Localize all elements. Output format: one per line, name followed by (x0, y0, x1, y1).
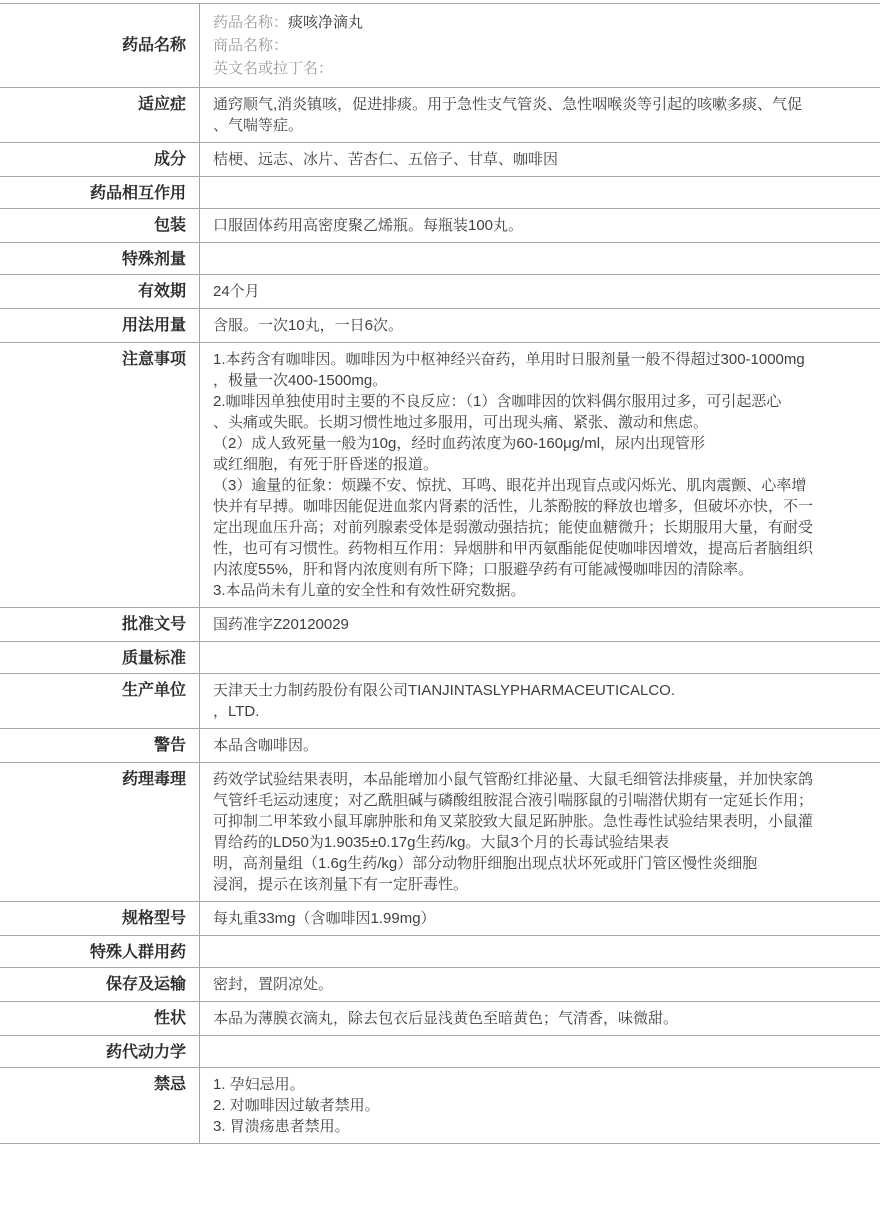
table-row-pharmacokinetics: 药代动力学 (0, 1036, 880, 1068)
table-row-indications: 适应症 通窍顺气,消炎镇咳，促进排痰。用于急性支气管炎、急性咽喉炎等引起的咳嗽多… (0, 88, 880, 143)
row-label: 质量标准 (0, 642, 200, 673)
table-row-pharmacology-toxicology: 药理毒理 药效学试验结果表明，本品能增加小鼠气管酚红排泌量、大鼠毛细管法排痰量，… (0, 763, 880, 902)
table-row-description: 性状 本品为薄膜衣滴丸，除去包衣后显浅黄色至暗黄色；气清香，味微甜。 (0, 1002, 880, 1036)
table-row-shelf-life: 有效期 24个月 (0, 275, 880, 309)
table-row-storage-transport: 保存及运输 密封，置阴凉处。 (0, 968, 880, 1002)
row-label: 药理毒理 (0, 763, 200, 901)
row-label: 适应症 (0, 88, 200, 142)
row-label: 药品名称 (0, 4, 200, 87)
table-row-quality-standard: 质量标准 (0, 642, 880, 674)
row-label: 警告 (0, 729, 200, 762)
table-row-packaging: 包装 口服固体药用高密度聚乙烯瓶。每瓶装100丸。 (0, 209, 880, 243)
row-content: 药效学试验结果表明，本品能增加小鼠气管酚红排泌量、大鼠毛细管法排痰量，并加快家鸽… (200, 763, 880, 901)
row-label: 特殊剂量 (0, 243, 200, 274)
table-row-precautions: 注意事项 1.本药含有咖啡因。咖啡因为中枢神经兴奋药，单用时日服剂量一般不得超过… (0, 343, 880, 608)
row-label: 成分 (0, 143, 200, 176)
row-content (200, 177, 880, 208)
row-content: 通窍顺气,消炎镇咳，促进排痰。用于急性支气管炎、急性咽喉炎等引起的咳嗽多痰、气促… (200, 88, 880, 142)
drug-generic-name-value: 痰咳净滴丸 (288, 14, 363, 31)
row-label: 特殊人群用药 (0, 936, 200, 967)
row-label: 药代动力学 (0, 1036, 200, 1067)
row-content (200, 243, 880, 274)
table-row-ingredients: 成分 桔梗、远志、冰片、苦杏仁、五倍子、甘草、咖啡因 (0, 143, 880, 177)
row-content (200, 936, 880, 967)
row-content: 本品含咖啡因。 (200, 729, 880, 762)
row-label: 禁忌 (0, 1068, 200, 1143)
row-content: 国药准字Z20120029 (200, 608, 880, 641)
row-content: 天津天士力制药股份有限公司TIANJINTASLYPHARMACEUTICALC… (200, 674, 880, 728)
row-content: 1. 孕妇忌用。 2. 对咖啡因过敏者禁用。 3. 胃溃疡患者禁用。 (200, 1068, 880, 1143)
table-row-specification: 规格型号 每丸重33mg（含咖啡因1.99mg） (0, 902, 880, 936)
drug-english-name-label: 英文名或拉丁名： (213, 57, 866, 80)
table-row-warning: 警告 本品含咖啡因。 (0, 729, 880, 763)
row-content: 24个月 (200, 275, 880, 308)
row-content: 含服。一次10丸，一日6次。 (200, 309, 880, 342)
row-content (200, 1036, 880, 1067)
row-label: 包装 (0, 209, 200, 242)
row-content: 桔梗、远志、冰片、苦杏仁、五倍子、甘草、咖啡因 (200, 143, 880, 176)
row-content: 药品名称：痰咳净滴丸 商品名称： 英文名或拉丁名： (200, 4, 880, 87)
row-label: 规格型号 (0, 902, 200, 935)
table-row-special-dosage: 特殊剂量 (0, 243, 880, 275)
drug-info-page: 药品名称 药品名称：痰咳净滴丸 商品名称： 英文名或拉丁名： 适应症 通窍顺气,… (0, 0, 880, 1210)
row-content: 密封，置阴凉处。 (200, 968, 880, 1001)
row-label: 用法用量 (0, 309, 200, 342)
row-content: 每丸重33mg（含咖啡因1.99mg） (200, 902, 880, 935)
row-label: 注意事项 (0, 343, 200, 607)
row-label: 保存及运输 (0, 968, 200, 1001)
table-row-manufacturer: 生产单位 天津天士力制药股份有限公司TIANJINTASLYPHARMACEUT… (0, 674, 880, 729)
row-content (200, 642, 880, 673)
drug-generic-name-label: 药品名称： (213, 14, 288, 31)
table-row-special-populations: 特殊人群用药 (0, 936, 880, 968)
table-row-drug-interactions: 药品相互作用 (0, 177, 880, 209)
row-label: 性状 (0, 1002, 200, 1035)
row-label: 有效期 (0, 275, 200, 308)
table-row-dosage-administration: 用法用量 含服。一次10丸，一日6次。 (0, 309, 880, 343)
drug-info-table: 药品名称 药品名称：痰咳净滴丸 商品名称： 英文名或拉丁名： 适应症 通窍顺气,… (0, 3, 880, 1144)
row-content: 口服固体药用高密度聚乙烯瓶。每瓶装100丸。 (200, 209, 880, 242)
row-label: 生产单位 (0, 674, 200, 728)
drug-trade-name-label: 商品名称： (213, 34, 866, 57)
drug-generic-name-line: 药品名称：痰咳净滴丸 (213, 11, 866, 34)
row-content: 1.本药含有咖啡因。咖啡因为中枢神经兴奋药，单用时日服剂量一般不得超过300-1… (200, 343, 880, 607)
table-row-drug-name: 药品名称 药品名称：痰咳净滴丸 商品名称： 英文名或拉丁名： (0, 4, 880, 88)
row-label: 批准文号 (0, 608, 200, 641)
row-content: 本品为薄膜衣滴丸，除去包衣后显浅黄色至暗黄色；气清香，味微甜。 (200, 1002, 880, 1035)
row-label: 药品相互作用 (0, 177, 200, 208)
table-row-contraindications: 禁忌 1. 孕妇忌用。 2. 对咖啡因过敏者禁用。 3. 胃溃疡患者禁用。 (0, 1068, 880, 1144)
table-row-approval-number: 批准文号 国药准字Z20120029 (0, 608, 880, 642)
